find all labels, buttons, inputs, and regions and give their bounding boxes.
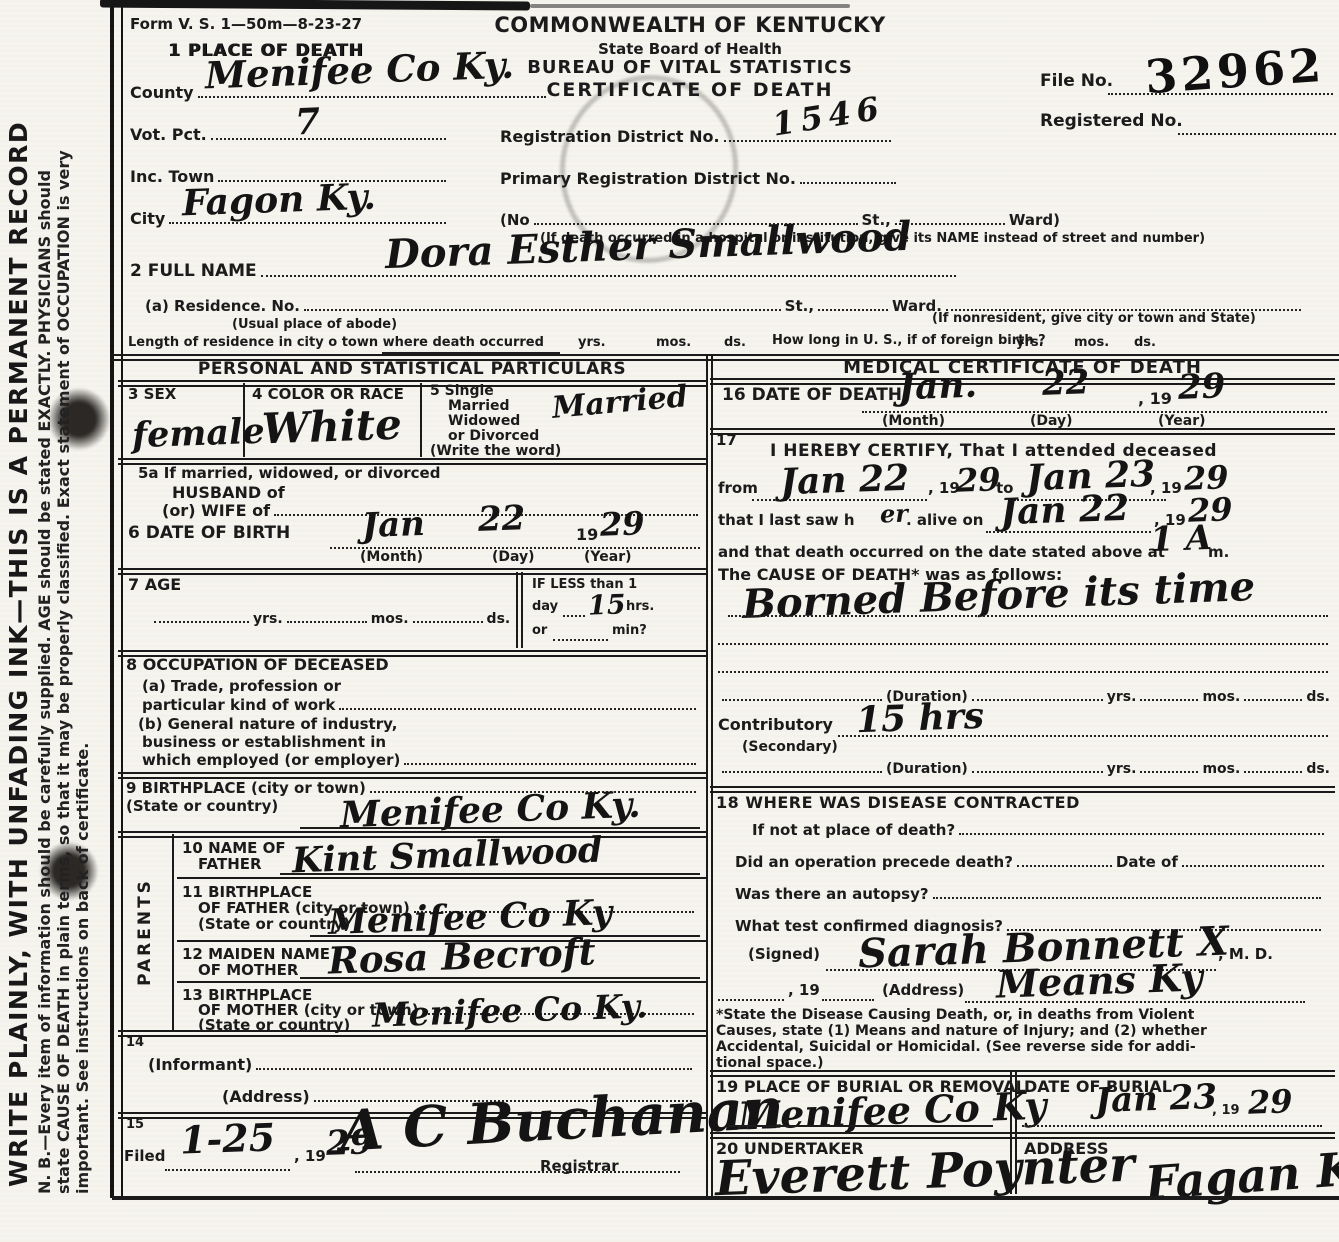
saw-label2: . alive on <box>906 512 983 529</box>
occurred-value: 1 A <box>1149 521 1212 557</box>
saw-value: Jan 22 <box>999 490 1129 530</box>
duration2-mos: mos. <box>1202 762 1240 777</box>
dod-rule <box>710 428 1335 435</box>
length-ds: ds. <box>724 336 746 351</box>
duration1-yrs: yrs. <box>1107 690 1137 705</box>
duration1-ds-line <box>1244 698 1302 701</box>
city-label: City <box>130 210 165 228</box>
operation-label: Did an operation precede death? <box>735 854 1013 871</box>
occurred-m-label: m. <box>1208 544 1229 561</box>
wife-of-label: (or) WIFE of <box>162 502 270 520</box>
vot-pct-value: 7 <box>294 104 320 141</box>
footnote-line3: Accidental, Suicidal or Homicidal. (See … <box>716 1040 1196 1056</box>
occupation-label: 8 OCCUPATION OF DECEASED <box>126 656 389 674</box>
registrar-line <box>355 1170 680 1173</box>
from-label: from <box>718 480 758 497</box>
ifless-hrs-line <box>563 614 585 617</box>
contributory-label: Contributory <box>718 716 833 734</box>
occupation-a1: (a) Trade, profession or <box>142 678 341 695</box>
margin-note-line1: N. B.—Every item of information should b… <box>35 0 54 1194</box>
age-label: 7 AGE <box>128 576 181 594</box>
scan-top-smudge-2 <box>530 4 850 8</box>
birthplace-write-line <box>300 826 700 829</box>
form-bottom-border <box>112 1196 1339 1200</box>
occupation-b3-row: which employed (or employer) <box>142 752 700 769</box>
occupation-a2-row: particular kind of work <box>142 697 700 714</box>
dod-year-pre: , 19 <box>1138 390 1172 408</box>
registered-no-line <box>1178 132 1336 135</box>
residence-line <box>304 308 781 311</box>
ifless-min-line <box>553 638 608 641</box>
burial-place-write-line <box>728 1124 993 1127</box>
occupation-a-line <box>339 707 696 710</box>
where-contracted-label: 18 WHERE WAS DISEASE CONTRACTED <box>716 794 1080 812</box>
howlong-ds: ds. <box>1134 336 1156 351</box>
dob-label: 6 DATE OF BIRTH <box>128 524 290 543</box>
ifless-or-label: or <box>532 624 547 639</box>
commonwealth-title: COMMONWEALTH OF KENTUCKY <box>490 14 890 38</box>
mother-name-label2: OF MOTHER <box>198 962 298 979</box>
medical-title: MEDICAL CERTIFICATE OF DEATH <box>710 358 1335 378</box>
dob-year-caption: (Year) <box>584 550 632 566</box>
autopsy-row: Was there an autopsy? <box>735 886 1325 903</box>
burial-year-value: 29 <box>1247 1085 1293 1119</box>
duration2-label: (Duration) <box>886 762 968 777</box>
ifnot-label: If not at place of death? <box>752 822 955 839</box>
secondary-label: (Secondary) <box>742 740 838 756</box>
race-marital-divider <box>420 383 422 457</box>
duration-row-2: (Duration) yrs. mos. ds. <box>718 762 1330 777</box>
dob-year-value: 29 <box>599 507 645 541</box>
filed-year-pre: , 19 <box>294 1148 326 1165</box>
saw-label1: that I last saw h <box>718 512 855 529</box>
age-mos: mos. <box>371 612 409 627</box>
sex-value: female <box>131 414 265 454</box>
length-mos: mos. <box>656 336 691 351</box>
county-label: County <box>130 84 194 102</box>
married-5a-line2: HUSBAND of <box>172 484 285 502</box>
duration2-lead-line <box>722 770 882 773</box>
footnote-line1: *State the Disease Causing Death, or, in… <box>716 1008 1194 1024</box>
signed-address-value: Means Ky <box>995 958 1203 1003</box>
married-5a-line1: 5a If married, widowed, or divorced <box>138 465 440 482</box>
filed-number: 15 <box>126 1118 144 1133</box>
length-yrs: yrs. <box>578 336 606 351</box>
mother-name-write-line <box>300 976 700 979</box>
dob-month-caption: (Month) <box>360 550 423 566</box>
informant-row: (Informant) <box>148 1056 696 1074</box>
howlong-yrs: yrs. <box>1016 336 1044 351</box>
ifnot-line <box>959 832 1324 835</box>
dod-month-value: Jan. <box>897 367 977 406</box>
dod-year-value: 29 <box>1177 369 1225 405</box>
registered-no-label: Registered No. <box>1040 112 1183 131</box>
reg-district-label: Registration District No. <box>500 128 720 146</box>
contributory-line <box>838 734 1328 737</box>
left-margin-notes: WRITE PLAINLY, WITH UNFADING INK—THIS IS… <box>0 0 110 1242</box>
duration1-mos-line <box>1140 698 1198 701</box>
margin-note-line3: important. See instructions on back of c… <box>73 0 92 1194</box>
operation-row: Did an operation precede death? Date of <box>735 854 1328 871</box>
filed-date-value: 1-25 <box>179 1118 275 1159</box>
marital-value: Married <box>551 382 689 424</box>
occupation-b3: which employed (or employer) <box>142 752 400 769</box>
ifnot-row: If not at place of death? <box>752 822 1328 839</box>
mother-row-rule <box>177 981 706 983</box>
footnote-line2: Causes, state (1) Means and nature of In… <box>716 1024 1207 1040</box>
signed-date-19: , 19 <box>788 982 820 999</box>
duration1-mos: mos. <box>1202 690 1240 705</box>
nonresident-note: (If nonresident, give city or town and S… <box>932 312 1256 327</box>
margin-note-line2: state CAUSE OF DEATH in plain terms, so … <box>54 0 73 1194</box>
race-value: White <box>261 404 402 451</box>
age-cell-divider <box>516 572 523 648</box>
occupation-b1: (b) General nature of industry, <box>138 716 397 733</box>
from-year-pre: , 19 <box>928 480 960 497</box>
autopsy-label: Was there an autopsy? <box>735 886 929 903</box>
operation-line <box>1017 864 1112 867</box>
duration2-yrs: yrs. <box>1107 762 1137 777</box>
form-left-border <box>110 6 123 1198</box>
informant-line <box>256 1067 692 1070</box>
dateof-label: Date of <box>1116 854 1178 871</box>
burial-place-value: Menifee Co Ky <box>737 1087 1047 1136</box>
father-row-rule <box>177 877 706 879</box>
duration2-yrs-line <box>972 770 1103 773</box>
from-value: Jan 22 <box>779 460 909 500</box>
occupation-b2: business or establishment in <box>142 734 386 751</box>
ward-label: Ward) <box>1009 212 1060 229</box>
filed-label: Filed <box>124 1148 165 1165</box>
birthplace-label: 9 BIRTHPLACE (city or town) <box>126 780 366 797</box>
ifless-min-label: min? <box>612 624 647 639</box>
residence-st-line <box>818 308 888 311</box>
sex-label: 3 SEX <box>128 386 176 403</box>
filed-date-line <box>165 1168 290 1171</box>
length-residence-label: Length of residence in city o town where… <box>128 336 544 351</box>
duration1-ds: ds. <box>1306 690 1330 705</box>
dod-label: 16 DATE OF DEATH <box>722 386 902 405</box>
undertaker-value: Everett Poynter <box>714 1141 1135 1204</box>
occurred-label: and that death occurred on the date stat… <box>718 544 1165 561</box>
age-units-row: yrs. mos. ds. <box>150 612 510 627</box>
primary-reg-label: Primary Registration District No. <box>500 170 796 188</box>
medical-title-rule <box>710 378 1335 385</box>
father-name-write-line <box>280 872 700 875</box>
dob-day-caption: (Day) <box>492 550 535 566</box>
dob-day-value: 22 <box>477 501 525 537</box>
to-year-pre: , 19 <box>1150 480 1182 497</box>
father-name-label2: FATHER <box>198 856 262 873</box>
dateof-line <box>1182 864 1324 867</box>
contributory-value: 15 hrs <box>855 698 984 738</box>
mother-name-value: Rosa Becroft <box>327 933 596 979</box>
full-name-label: 2 FULL NAME <box>130 262 257 281</box>
dob-year-pre: 19 <box>576 526 598 544</box>
dod-day-value: 22 <box>1041 365 1089 401</box>
parents-label: PARENTS <box>135 877 155 987</box>
age-yrs-line <box>154 620 249 623</box>
age-mos-line <box>287 620 367 623</box>
duration2-mos-line <box>1140 770 1198 773</box>
occupation-rule <box>118 772 706 779</box>
primary-reg-line <box>800 181 896 184</box>
burial-rule <box>710 1132 1335 1139</box>
full-name-line <box>261 274 956 277</box>
autopsy-line <box>933 896 1321 899</box>
primary-reg-row: Primary Registration District No. <box>500 170 900 188</box>
duration-row-1: (Duration) yrs. mos. ds. <box>718 690 1330 705</box>
header-title-block: COMMONWEALTH OF KENTUCKY State Board of … <box>490 14 890 102</box>
saw-fill-value: er <box>880 502 909 527</box>
duration2-ds: ds. <box>1306 762 1330 777</box>
registrar-label: Registrar <box>540 1158 619 1175</box>
duration1-yrs-line <box>972 698 1103 701</box>
signed-date-line <box>822 998 874 1001</box>
margin-bold-line: WRITE PLAINLY, WITH UNFADING INK—THIS IS… <box>4 0 33 1187</box>
occupation-a2: particular kind of work <box>142 697 335 714</box>
from-year-value: 29 <box>955 463 1001 497</box>
parents-cell-divider <box>172 834 174 1030</box>
cause-blank-line-2 <box>718 670 1328 673</box>
board-subtitle: State Board of Health <box>490 41 890 58</box>
age-ds: ds. <box>487 612 511 627</box>
informant-address-label: (Address) <box>222 1088 310 1106</box>
reg-district-line <box>724 139 891 142</box>
occupation-b-line <box>404 762 696 765</box>
signed-address-line <box>965 1000 1305 1003</box>
burial-date-value: Jan 23 <box>1094 1080 1217 1118</box>
informant-number: 14 <box>126 1036 144 1051</box>
county-value: Menifee Co Ky. <box>204 47 514 95</box>
bureau-subtitle: BUREAU OF VITAL STATISTICS <box>490 58 890 78</box>
burial-date-write-line <box>1022 1124 1322 1127</box>
dob-month-value: Jan <box>361 507 425 543</box>
md-label: , M. D. <box>1218 946 1273 963</box>
ifless-day-label: day <box>532 600 558 615</box>
how-long-label: How long in U. S., if of foreign birth ? <box>772 334 1046 349</box>
residence-st-label: St., <box>785 298 814 315</box>
ifless-hrs-label: hrs. <box>626 600 654 615</box>
ifless-hrs-value: 15 <box>588 591 626 619</box>
vot-pct-row: Vot. Pct. <box>130 126 450 144</box>
dob-rule <box>118 568 706 575</box>
city-value: Fagon Ky. <box>181 179 376 222</box>
form-number: Form V. S. 1—50m—8-23-27 <box>130 16 362 33</box>
burial-year-pre: , 19 <box>1212 1104 1240 1119</box>
death-certificate-scan: WRITE PLAINLY, WITH UNFADING INK—THIS IS… <box>0 0 1339 1242</box>
age-ds-line <box>413 620 483 623</box>
cause-section-rule <box>710 786 1335 793</box>
signed-label: (Signed) <box>748 946 820 963</box>
vot-pct-label: Vot. Pct. <box>130 126 207 144</box>
mother-bp-value: Menifee Co Ky. <box>372 989 649 1032</box>
abode-note: (Usual place of abode) <box>232 318 397 333</box>
howlong-mos: mos. <box>1074 336 1109 351</box>
birthplace-sub-label: (State or country) <box>126 798 278 815</box>
duration2-ds-line <box>1244 770 1302 773</box>
residence-label: (a) Residence. No. <box>145 298 300 315</box>
signed-address-label: (Address) <box>882 982 964 999</box>
parents-bottom-rule <box>118 1030 706 1037</box>
signed-date-lead-line <box>718 998 784 1001</box>
certify-number: 17 <box>716 432 737 449</box>
vot-pct-line <box>211 137 446 140</box>
personal-title: PERSONAL AND STATISTICAL PARTICULARS <box>118 360 706 379</box>
age-yrs: yrs. <box>253 612 283 627</box>
informant-label: (Informant) <box>148 1056 252 1074</box>
cause-blank-line-1 <box>718 642 1328 645</box>
footnote-rule <box>710 1070 1335 1077</box>
cause-write-line <box>728 614 1328 617</box>
file-no-label: File No. <box>1040 72 1113 91</box>
scan-top-smudge <box>100 0 530 11</box>
